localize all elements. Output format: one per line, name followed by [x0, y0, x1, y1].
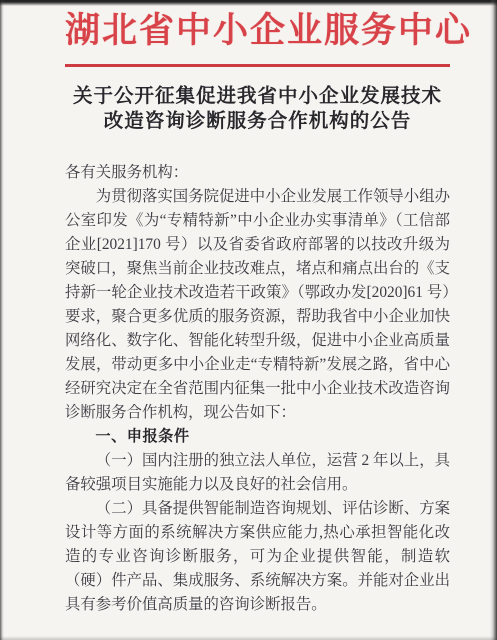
intro-paragraph: 为贯彻落实国务院促进中小企业发展工作领导小组办公室印发《为“专精特新”中小企业办…: [65, 185, 450, 425]
salutation: 各有关服务机构：: [65, 161, 450, 185]
scan-edge-top: [0, 0, 497, 6]
document-title-line2: 改造咨询诊断服务合作机构的公告: [65, 109, 450, 134]
document-title-line1: 关于公开征集促进我省中小企业发展技术: [65, 84, 450, 109]
letterhead-org-name: 湖北省中小企业服务中心: [65, 11, 450, 51]
document-title: 关于公开征集促进我省中小企业发展技术 改造咨询诊断服务合作机构的公告: [65, 84, 450, 134]
requirement-item-1: （一）国内注册的独立法人单位，运营 2 年以上，具备较强项目实施能力以及良好的社…: [65, 449, 450, 497]
letterhead-divider-rule: [65, 64, 450, 67]
section-1-heading: 一、申报条件: [65, 425, 450, 449]
requirement-item-2: （二）具备提供智能制造咨询规划、评估诊断、方案设计等方面的系统解决方案供应能力,…: [65, 497, 450, 617]
scan-edge-left: [0, 0, 4, 640]
document-content: 湖北省中小企业服务中心 关于公开征集促进我省中小企业发展技术 改造咨询诊断服务合…: [65, 11, 450, 617]
scan-edge-bottom: [0, 636, 497, 640]
document-body: 各有关服务机构： 为贯彻落实国务院促进中小企业发展工作领导小组办公室印发《为“专…: [65, 161, 450, 617]
scan-edge-right: [490, 0, 497, 640]
scanned-announcement-page: 湖北省中小企业服务中心 关于公开征集促进我省中小企业发展技术 改造咨询诊断服务合…: [0, 0, 497, 640]
